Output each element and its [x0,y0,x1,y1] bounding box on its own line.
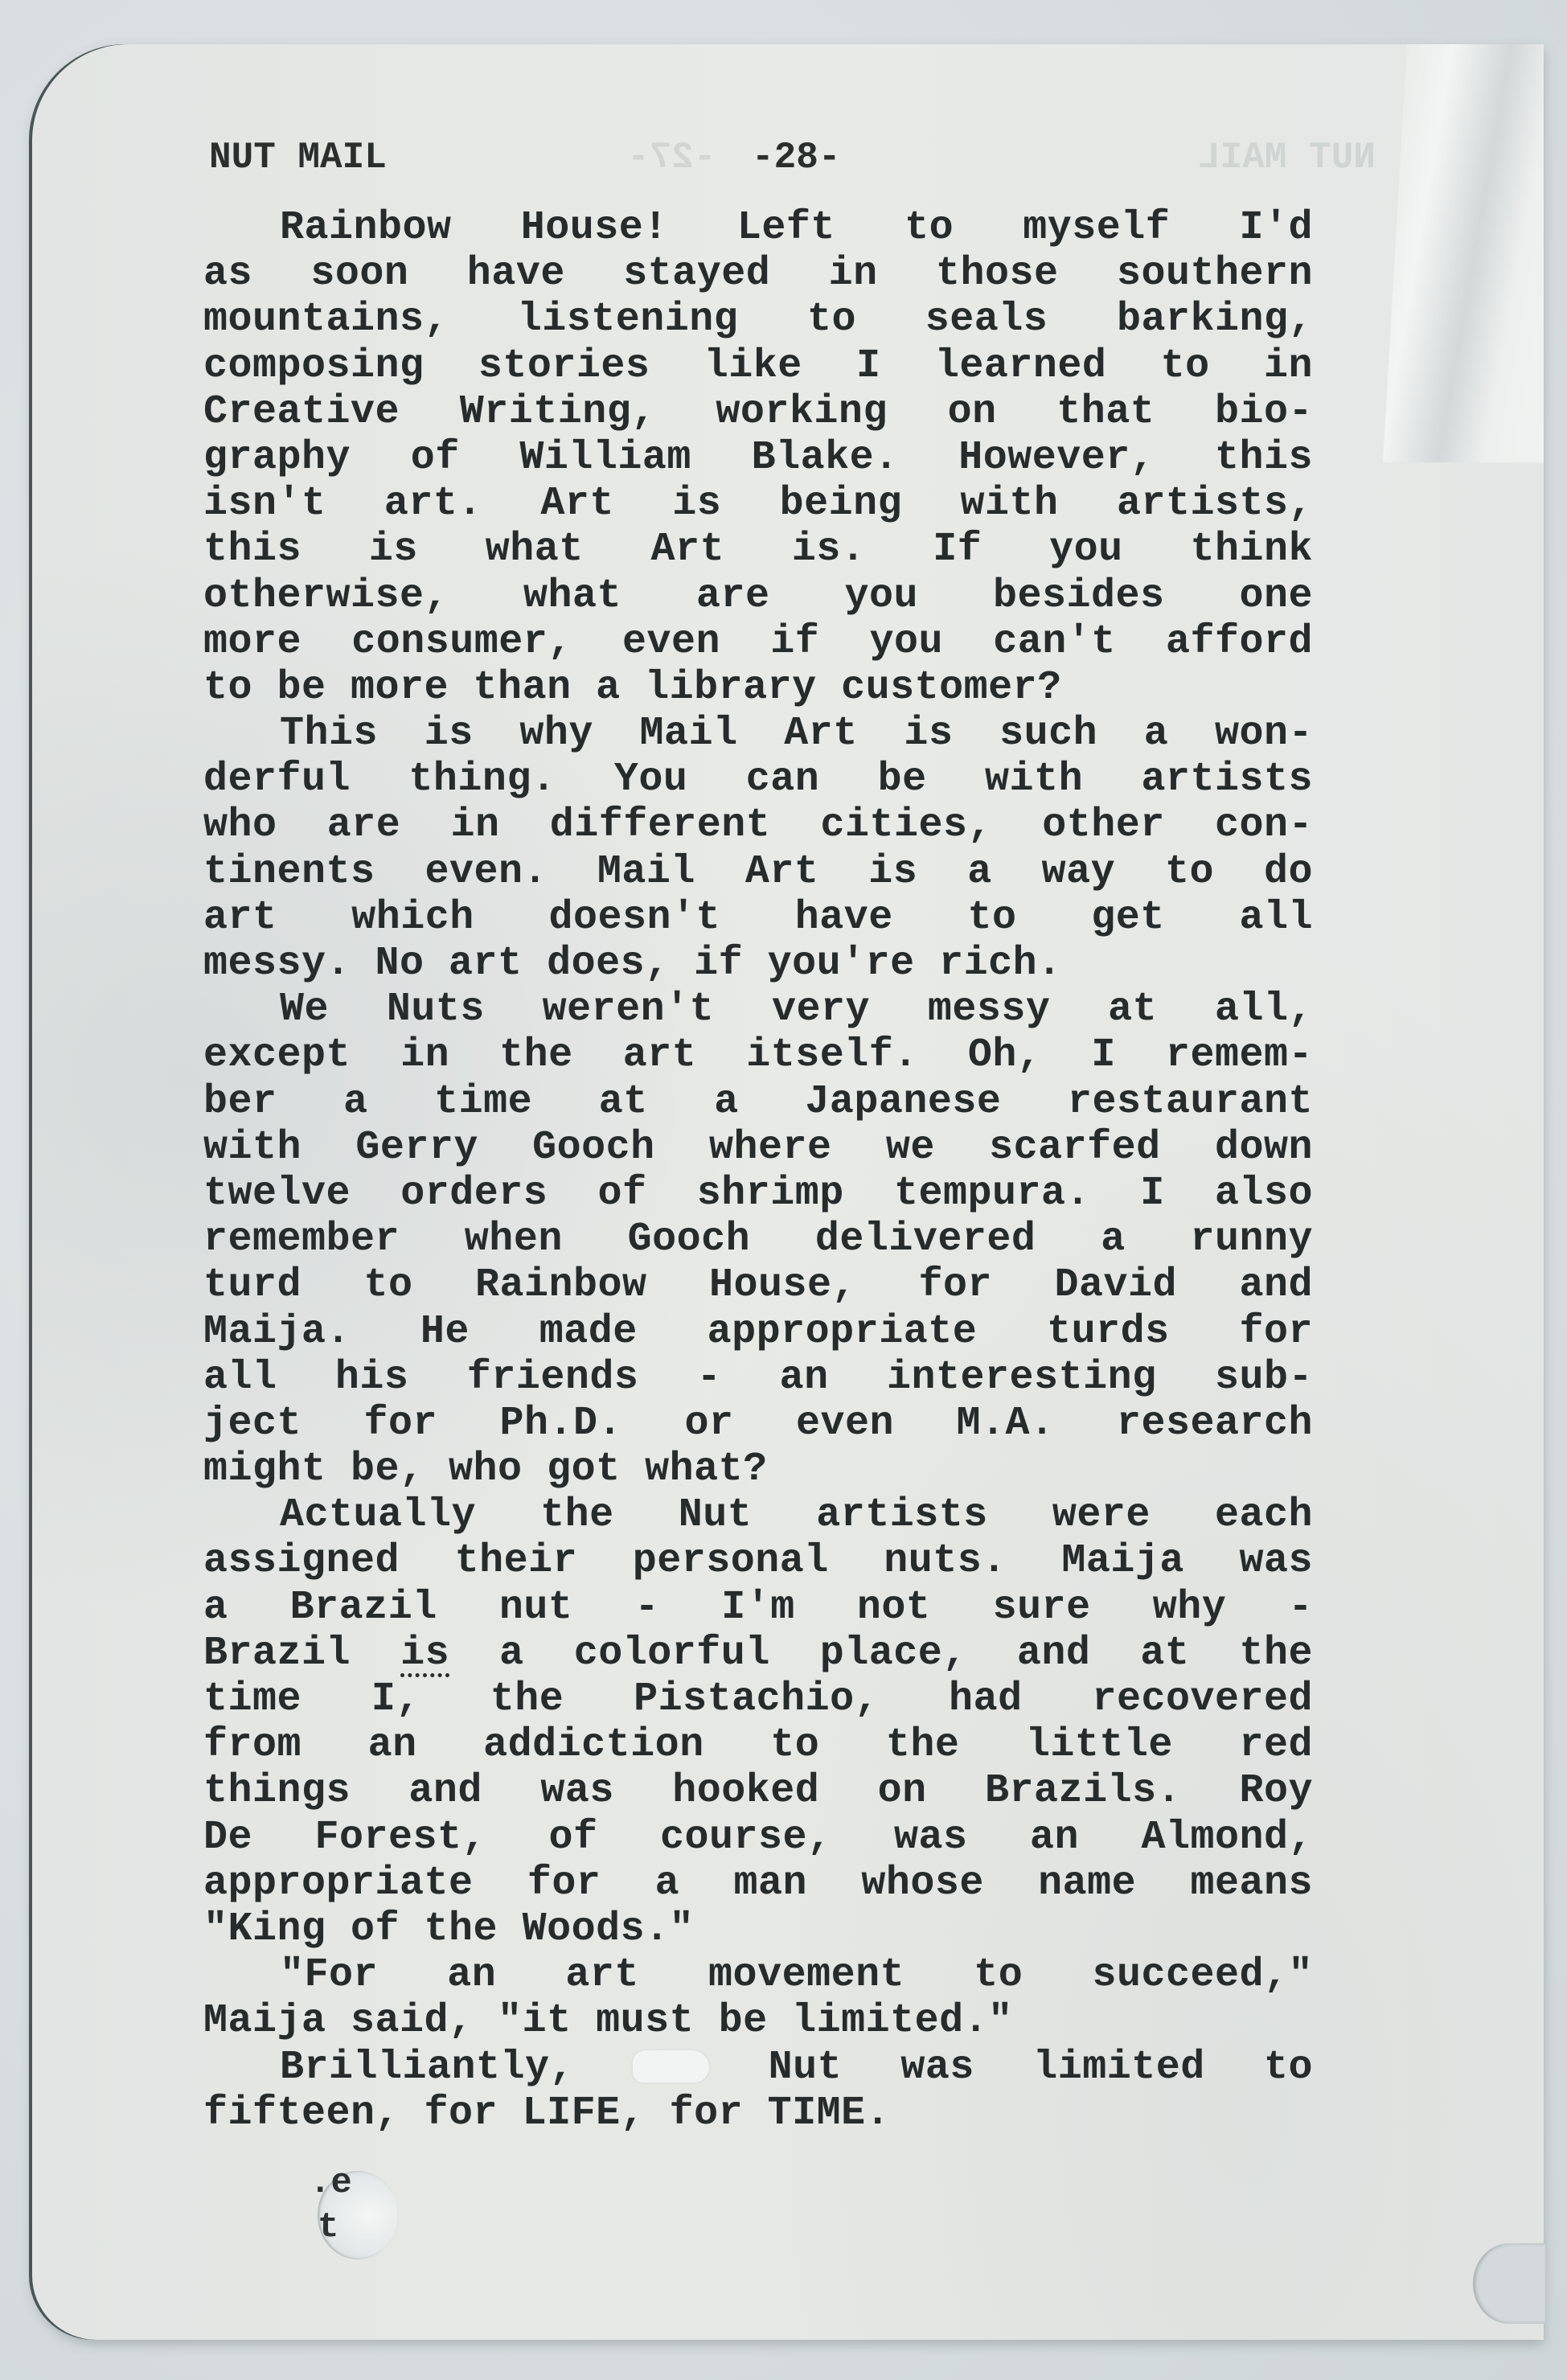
text-line: things and was hooked on Brazils. Roy [203,1768,1313,1814]
text-line: mountains, listening to seals barking, [203,297,1313,343]
text-line: who are in different cities, other con- [203,802,1313,848]
bleed-through-header: NUT MAIL [1198,137,1376,178]
text-segment: Nut was limited to [709,2045,1313,2091]
text-line: remember when Gooch delivered a runny [203,1217,1313,1262]
text-line: "King of the Woods." [203,1906,1313,1952]
text-line: We Nuts weren't very messy at all, [203,987,1313,1032]
text-line: a Brazil nut - I'm not sure why - [203,1585,1313,1631]
text-line: assigned their personal nuts. Maija was [203,1538,1313,1584]
edge-notch [1473,2243,1545,2324]
text-segment: a colorful place, and at the [449,1631,1313,1676]
text-line: from an addiction to the little red [203,1722,1313,1768]
text-line: composing stories like I learned to in [203,343,1313,389]
text-line: this is what Art is. If you think [203,527,1313,572]
text-line: otherwise, what are you besides one [203,573,1313,619]
text-line: appropriate for a man whose name means [203,1861,1313,1906]
text-line: messy. No art does, if you're rich. [203,941,1313,987]
text-line: time I, the Pistachio, had recovered [203,1676,1313,1722]
text-line: Maija said, "it must be limited." [203,1998,1313,2044]
hole-text-top: .e [310,2163,352,2203]
text-line: Rainbow House! Left to myself I'd [203,205,1313,251]
text-line: isn't art. Art is being with artists, [203,481,1313,527]
text-line: Actually the Nut artists were each [203,1492,1313,1538]
hole-text-bottom: t [318,2207,338,2247]
text-line: with Gerry Gooch where we scarfed down [203,1125,1313,1171]
text-line: De Forest, of course, was an Almond, [203,1815,1313,1861]
curled-corner [1383,44,1544,462]
text-segment: Brilliantly, [280,2045,633,2091]
text-line: all his friends - an interesting sub- [203,1355,1313,1401]
text-line: Maija. He made appropriate turds for [203,1309,1313,1355]
text-line: Brazil is a colorful place, and at the [203,1631,1313,1676]
text-line: Brilliantly, Nut was limited to [203,2045,1313,2091]
page-number: -28- [752,137,840,178]
text-line: tinents even. Mail Art is a way to do [203,849,1313,895]
bleed-through-page-number: -27- [627,137,716,178]
running-header: NUT MAIL [209,137,387,178]
text-segment: Brazil [203,1631,400,1676]
text-line: derful thing. You can be with artists [203,757,1313,802]
text-line: This is why Mail Art is such a won- [203,711,1313,757]
text-line: turd to Rainbow House, for David and [203,1262,1313,1308]
body-text: Rainbow House! Left to myself I'das soon… [203,205,1313,2136]
text-line: more consumer, even if you can't afford [203,619,1313,665]
text-line: might be, who got what? [203,1446,1313,1492]
text-line: art which doesn't have to get all [203,895,1313,941]
text-line: Creative Writing, working on that bio- [203,389,1313,435]
text-line: ject for Ph.D. or even M.A. research [203,1401,1313,1446]
text-line: as soon have stayed in those southern [203,251,1313,297]
text-line: twelve orders of shrimp tempura. I also [203,1171,1313,1217]
text-line: to be more than a library customer? [203,665,1313,711]
text-line: graphy of William Blake. However, this [203,435,1313,481]
text-line: fifteen, for LIFE, for TIME. [203,2091,1313,2136]
text-line: ber a time at a Japanese restaurant [203,1079,1313,1125]
text-line: except in the art itself. Oh, I remem- [203,1032,1313,1078]
correction-fluid-blot [633,2050,709,2082]
underlined-word: is [400,1631,449,1676]
text-line: "For an art movement to succeed," [203,1952,1313,1998]
